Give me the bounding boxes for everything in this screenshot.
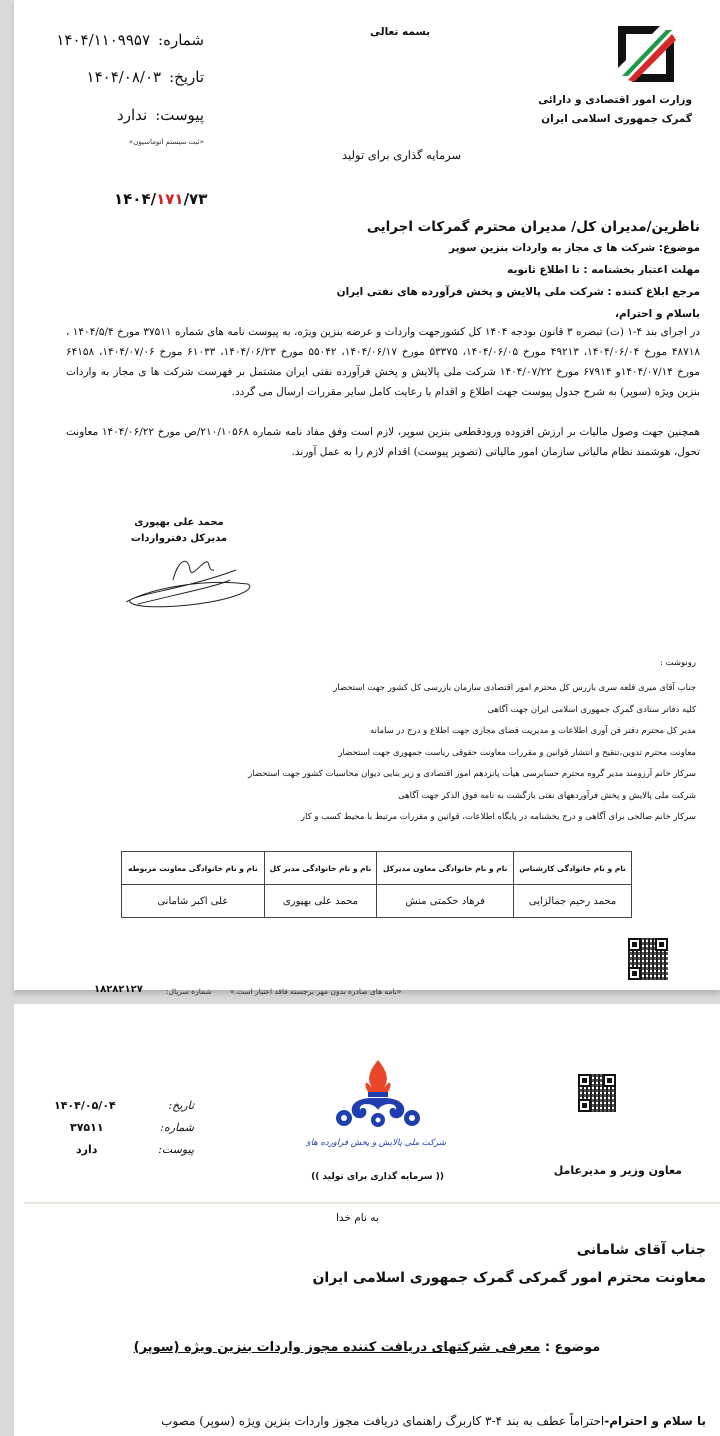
cc-item: کلیه دفاتر ستادی گمرک جمهوری اسلامی ایرا… bbox=[248, 700, 696, 722]
letter2-attachment: پیوست: دارد bbox=[54, 1138, 194, 1160]
letter2-meta: تاریخ: ۱۴۰۴/۰۵/۰۴ شماره: ۳۷۵۱۱ پیوست: دا… bbox=[54, 1094, 194, 1160]
signatory-title: مدیرکل دفترواردات bbox=[124, 533, 234, 544]
niordc-flame-logo bbox=[328, 1058, 428, 1132]
cc-item: مدیر کل محترم دفتر فن آوری اطلاعات و مدی… bbox=[248, 721, 696, 743]
letter2-slogan: (( سرمایه گذاری برای تولید )) bbox=[314, 1172, 444, 1182]
qr-code-icon bbox=[628, 938, 668, 980]
cc-item: معاونت محترم تدوین،تنقیح و انتشار قوانین… bbox=[248, 743, 696, 765]
org-line-ministry: وزارت امور اقتصادی و دارائی bbox=[538, 94, 692, 106]
validity-notice: «نامه های صادره بدون مهر برجسته فاقد اعت… bbox=[230, 987, 401, 996]
body-paragraph-1: در اجرای بند ۴-۱ (ت) تبصره ۳ قانون بودجه… bbox=[66, 322, 700, 402]
greeting-line: باسلام و احترام، bbox=[615, 308, 700, 320]
letter2-invocation: به نام خدا bbox=[336, 1212, 379, 1224]
cc-item: سرکار خانم صالحی برای آگاهی و درج بخشنام… bbox=[248, 807, 696, 829]
table-row: محمد رحیم جمالزایی فرهاد حکمتی منش محمد … bbox=[122, 885, 632, 918]
table-cell: محمد رحیم جمالزایی bbox=[514, 885, 632, 918]
handwritten-signature bbox=[118, 550, 258, 610]
cc-item: شرکت ملی پالایش و پخش فرآوردههای نفتی با… bbox=[248, 786, 696, 808]
company-name-calligraphy: شرکت ملی پالایش و پخش فرآورده های نفتی ا… bbox=[306, 1138, 446, 1148]
subject-line: موضوع: شرکت ها ی مجاز به واردات بنزین سو… bbox=[449, 242, 700, 254]
sender-title: معاون وزیر و مدیرعامل bbox=[554, 1164, 682, 1177]
letter-attachment: پیوست:ندارد bbox=[117, 106, 204, 124]
validity-line: مهلت اعتبار بخشنامه : تا اطلاع ثانویه bbox=[507, 264, 700, 276]
table-header-row: نام و نام خانوادگی کارشناس نام و نام خان… bbox=[122, 852, 632, 885]
letter2-date: تاریخ: ۱۴۰۴/۰۵/۰۴ bbox=[54, 1094, 194, 1116]
serial-number: ۱۸۲۸۲۱۲۷ bbox=[94, 984, 143, 995]
invocation-text: بسمه تعالی bbox=[370, 26, 430, 38]
addressee-heading: ناظرین/مدیران کل/ مدیران محترم گمرکات اج… bbox=[367, 219, 700, 235]
niordc-letter-page: تاریخ: ۱۴۰۴/۰۵/۰۴ شماره: ۳۷۵۱۱ پیوست: دا… bbox=[14, 1004, 720, 1436]
cc-heading: رونوشت : bbox=[660, 653, 696, 675]
header-divider bbox=[24, 1202, 720, 1204]
signatory-name: محمد علی بهپوری bbox=[124, 517, 234, 528]
slogan-text: سرمایه گذاری برای تولید bbox=[342, 148, 461, 162]
iran-customs-logo bbox=[614, 22, 678, 86]
letter2-addressee-name: جناب آقای شامانی bbox=[577, 1242, 706, 1258]
cc-item: سرکار خانم آرزومند مدیر گروه محترم حسابر… bbox=[248, 764, 696, 786]
letter-date: تاریخ:۱۴۰۴/۰۸/۰۳ bbox=[87, 68, 204, 86]
letter-number: شماره:۱۴۰۴/۱۱۰۹۹۵۷ bbox=[56, 31, 204, 49]
qr-code-icon bbox=[578, 1074, 616, 1112]
letter2-body-first-line: با سلام و احترام-احتراماً عطف به بند ۴-۳… bbox=[161, 1414, 706, 1428]
body-paragraph-2: همچنین جهت وصول مالیات بر ارزش افزوده ور… bbox=[66, 422, 700, 462]
table-header: نام و نام خانوادگی معاونت مربوطه bbox=[122, 852, 265, 885]
org-line-customs: گمرک جمهوری اسلامی ایران bbox=[541, 113, 692, 125]
cc-list: جناب آقای میری قلعه سری بازرس کل محترم ا… bbox=[248, 678, 696, 829]
cc-item: جناب آقای میری قلعه سری بازرس کل محترم ا… bbox=[248, 678, 696, 700]
letter2-number: شماره: ۳۷۵۱۱ bbox=[54, 1116, 194, 1138]
reference-line: مرجع ابلاغ کننده : شرکت ملی پالایش و پخش… bbox=[337, 286, 700, 298]
letter2-addressee-office: معاونت محترم امور گمرکی گمرک جمهوری اسلا… bbox=[312, 1270, 706, 1286]
table-cell: فرهاد حکمتی منش bbox=[377, 885, 514, 918]
serial-label: شماره سریال: bbox=[166, 987, 212, 996]
table-cell: محمد علی بهپوری bbox=[264, 885, 377, 918]
approval-table: نام و نام خانوادگی کارشناس نام و نام خان… bbox=[121, 851, 632, 918]
table-header: نام و نام خانوادگی کارشناس bbox=[514, 852, 632, 885]
letter2-subject: موضوع : معرفی شرکتهای دریافت کننده مجوز … bbox=[14, 1340, 720, 1355]
automation-note: «ثبت سیستم اتوماسیون» bbox=[129, 138, 204, 146]
customs-circular-page: وزارت امور اقتصادی و دارائی گمرک جمهوری … bbox=[14, 0, 720, 990]
table-header: نام و نام خانوادگی مدیر کل bbox=[264, 852, 377, 885]
circular-number: ۱۴۰۴/۱۷۱/۷۳ bbox=[114, 190, 207, 208]
table-header: نام و نام خانوادگی معاون مدیرکل bbox=[377, 852, 514, 885]
table-cell: علی اکبر شامانی bbox=[122, 885, 265, 918]
